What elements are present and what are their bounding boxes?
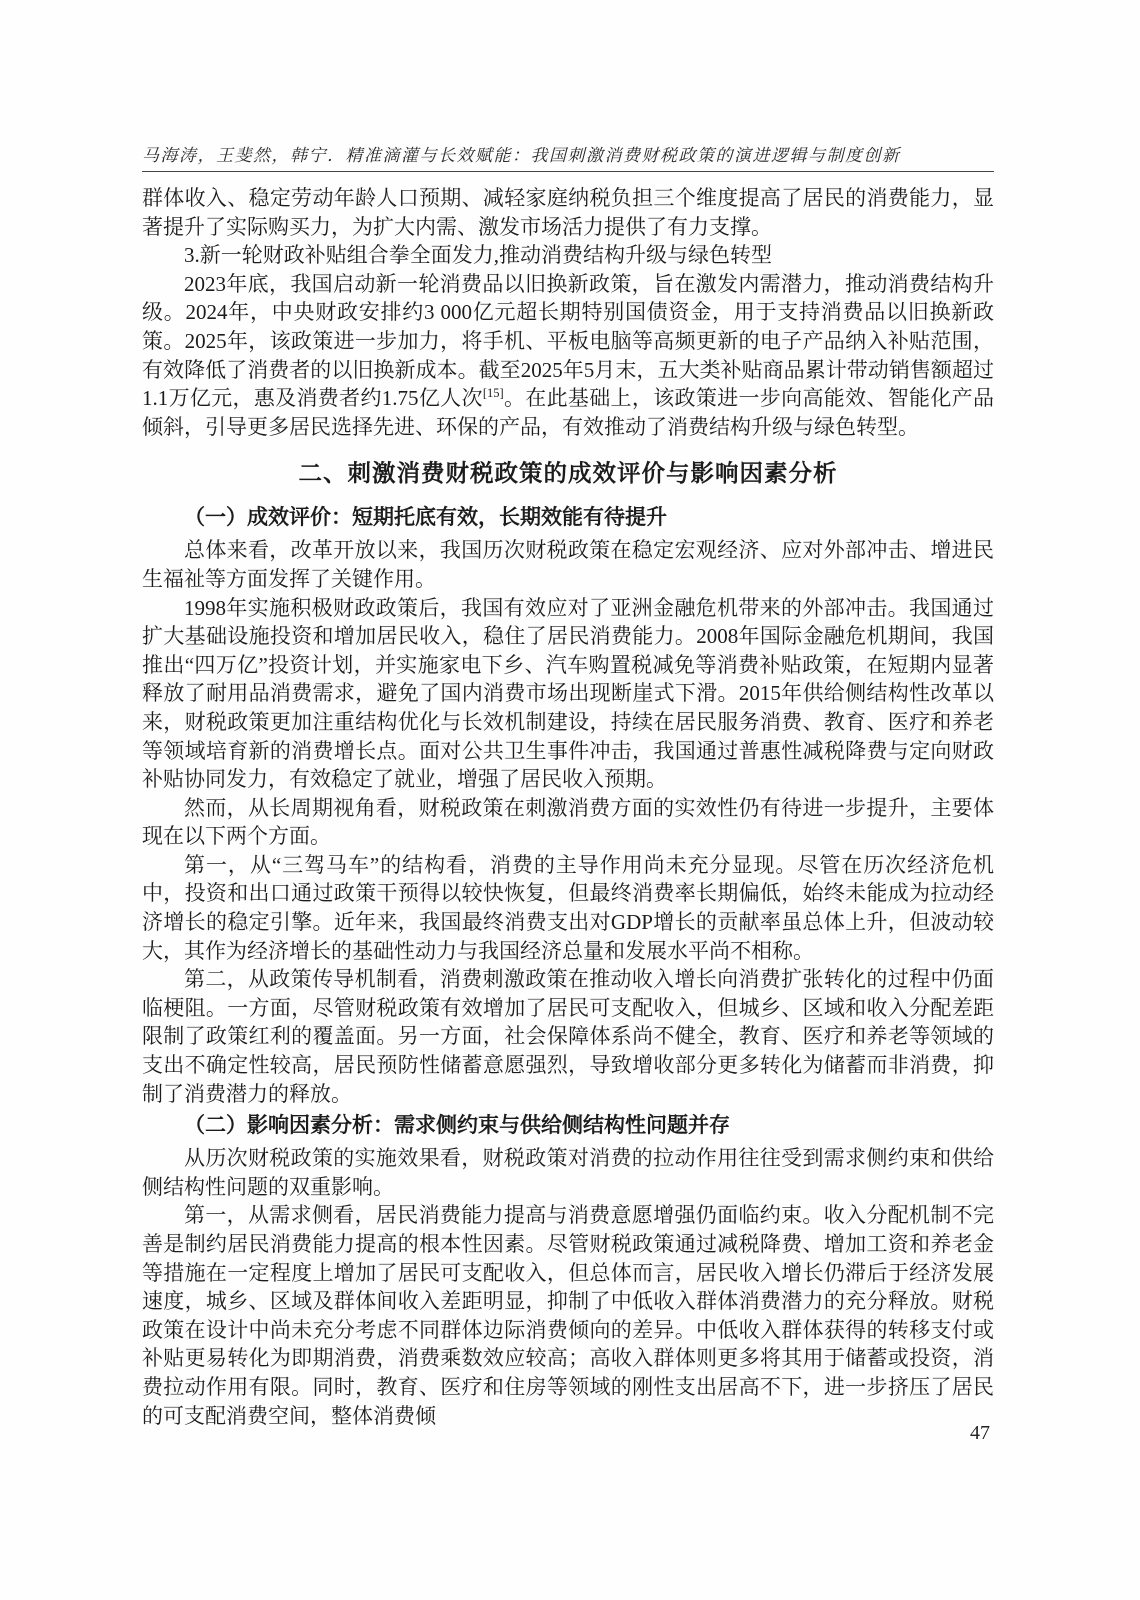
footnote-ref-15: [15]	[483, 386, 504, 400]
header-rule	[142, 171, 994, 172]
paragraph-carryover: 群体收入、稳定劳动年龄人口预期、减轻家庭纳税负担三个维度提高了居民的消费能力，显…	[142, 184, 994, 241]
page-body: 群体收入、稳定劳动年龄人口预期、减轻家庭纳税负担三个维度提高了居民的消费能力，显…	[142, 184, 994, 1430]
document-page: 马海涛，王斐然，韩宁．精准滴灌与长效赋能：我国刺激消费财税政策的演进逻辑与制度创…	[0, 0, 1140, 1600]
section-title: 二、刺激消费财税政策的成效评价与影响因素分析	[142, 456, 994, 490]
paragraph-item3: 2023年底，我国启动新一轮消费品以旧换新政策，旨在激发内需潜力，推动消费结构升…	[142, 270, 994, 442]
paragraph: 然而，从长周期视角看，财税政策在刺激消费方面的实效性仍有待进一步提升，主要体现在…	[142, 794, 994, 851]
subsection-heading-1: （一）成效评价：短期托底有效，长期效能有待提升	[142, 503, 994, 533]
paragraph: 第一，从需求侧看，居民消费能力提高与消费意愿增强仍面临约束。收入分配机制不完善是…	[142, 1201, 994, 1430]
paragraph: 总体来看，改革开放以来，我国历次财税政策在稳定宏观经济、应对外部冲击、增进民生福…	[142, 536, 994, 593]
paragraph: 1998年实施积极财政政策后，我国有效应对了亚洲金融危机带来的外部冲击。我国通过…	[142, 594, 994, 794]
paragraph: 从历次财税政策的实施效果看，财税政策对消费的拉动作用往往受到需求侧约束和供给侧结…	[142, 1144, 994, 1201]
page-number: 47	[970, 1422, 990, 1445]
item3-heading: 3.新一轮财政补贴组合拳全面发力,推动消费结构升级与绿色转型	[142, 241, 994, 270]
subsection-heading-2: （二）影响因素分析：需求侧约束与供给侧结构性问题并存	[142, 1111, 994, 1141]
paragraph: 第一，从“三驾马车”的结构看，消费的主导作用尚未充分显现。尽管在历次经济危机中，…	[142, 851, 994, 965]
running-head: 马海涛，王斐然，韩宁．精准滴灌与长效赋能：我国刺激消费财税政策的演进逻辑与制度创…	[142, 141, 994, 166]
paragraph: 第二，从政策传导机制看，消费刺激政策在推动收入增长向消费扩张转化的过程中仍面临梗…	[142, 965, 994, 1108]
